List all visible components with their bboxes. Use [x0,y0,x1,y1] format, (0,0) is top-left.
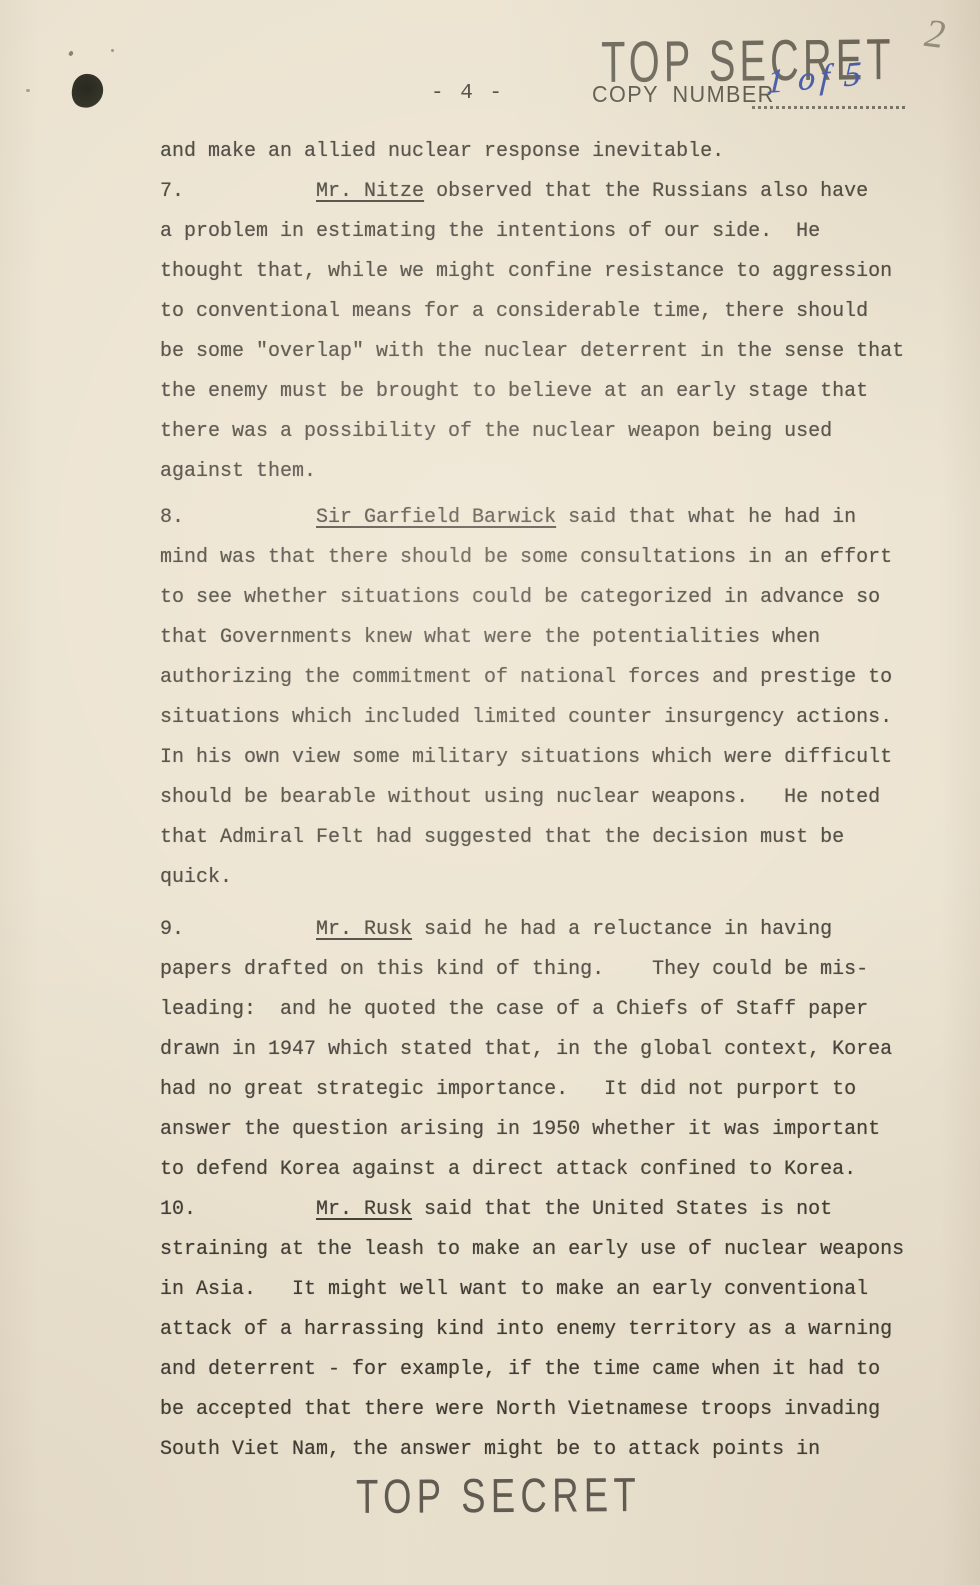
text-line: South Viet Nam, the answer might be to a… [160,1430,904,1470]
text-line: straining at the leash to make an early … [160,1230,904,1270]
text-line: a problem in estimating the intentions o… [160,212,904,252]
ink-blot [69,71,106,111]
text-line: had no great strategic importance. It di… [160,1070,904,1110]
paragraph: 9. Mr. Rusk said he had a reluctance in … [160,910,904,1190]
paragraph: and make an allied nuclear response inev… [160,132,904,172]
text-line: be some "overlap" with the nuclear deter… [160,332,904,372]
text-line: should be bearable without using nuclear… [160,778,904,818]
text-line: quick. [160,858,904,898]
underlined-speaker-name: Mr. Rusk [316,1198,412,1221]
paragraph: 7. Mr. Nitze observed that the Russians … [160,172,904,492]
underlined-speaker-name: Mr. Rusk [316,918,412,941]
text-line: situations which included limited counte… [160,698,904,738]
text-line: the enemy must be brought to believe at … [160,372,904,412]
text-line: to conventional means for a considerable… [160,292,904,332]
text-line: that Admiral Felt had suggested that the… [160,818,904,858]
text-line: attack of a harrassing kind into enemy t… [160,1310,904,1350]
paragraph: 8. Sir Garfield Barwick said that what h… [160,498,904,898]
text-line: drawn in 1947 which stated that, in the … [160,1030,904,1070]
copy-number-label: COPY NUMBER [592,83,775,106]
text-line: 9. Mr. Rusk said he had a reluctance in … [160,910,904,950]
text-line: papers drafted on this kind of thing. Th… [160,950,904,990]
text-line: 8. Sir Garfield Barwick said that what h… [160,498,904,538]
text-line: against them. [160,452,904,492]
handwritten-corner-annotation: 2 [922,9,948,58]
document-body: and make an allied nuclear response inev… [160,132,904,1470]
text-line: there was a possibility of the nuclear w… [160,412,904,452]
underlined-speaker-name: Mr. Nitze [316,180,424,203]
text-line: leading: and he quoted the case of a Chi… [160,990,904,1030]
top-secret-stamp-footer: TOP SECRET [356,1472,641,1522]
text-line: mind was that there should be some consu… [160,538,904,578]
text-line: to see whether situations could be categ… [160,578,904,618]
text-line: in Asia. It might well want to make an e… [160,1270,904,1310]
text-line: authorizing the commitment of national f… [160,658,904,698]
page-number: - 4 - [431,82,504,105]
paper-speck [111,49,114,52]
underlined-speaker-name: Sir Garfield Barwick [316,506,556,529]
text-line: 7. Mr. Nitze observed that the Russians … [160,172,904,212]
text-line: be accepted that there were North Vietna… [160,1390,904,1430]
text-line: and deterrent - for example, if the time… [160,1350,904,1390]
paper-speck [26,89,30,92]
text-line: thought that, while we might confine res… [160,252,904,292]
text-line: In his own view some military situations… [160,738,904,778]
paper-speck [68,50,74,56]
text-line: and make an allied nuclear response inev… [160,132,904,172]
text-line: that Governments knew what were the pote… [160,618,904,658]
text-line: to defend Korea against a direct attack … [160,1150,904,1190]
text-line: answer the question arising in 1950 whet… [160,1110,904,1150]
paragraph: 10. Mr. Rusk said that the United States… [160,1190,904,1470]
text-line: 10. Mr. Rusk said that the United States… [160,1190,904,1230]
document-page: TOP SECRET - 4 - COPY NUMBER 1 of 5 2 an… [0,0,980,1585]
